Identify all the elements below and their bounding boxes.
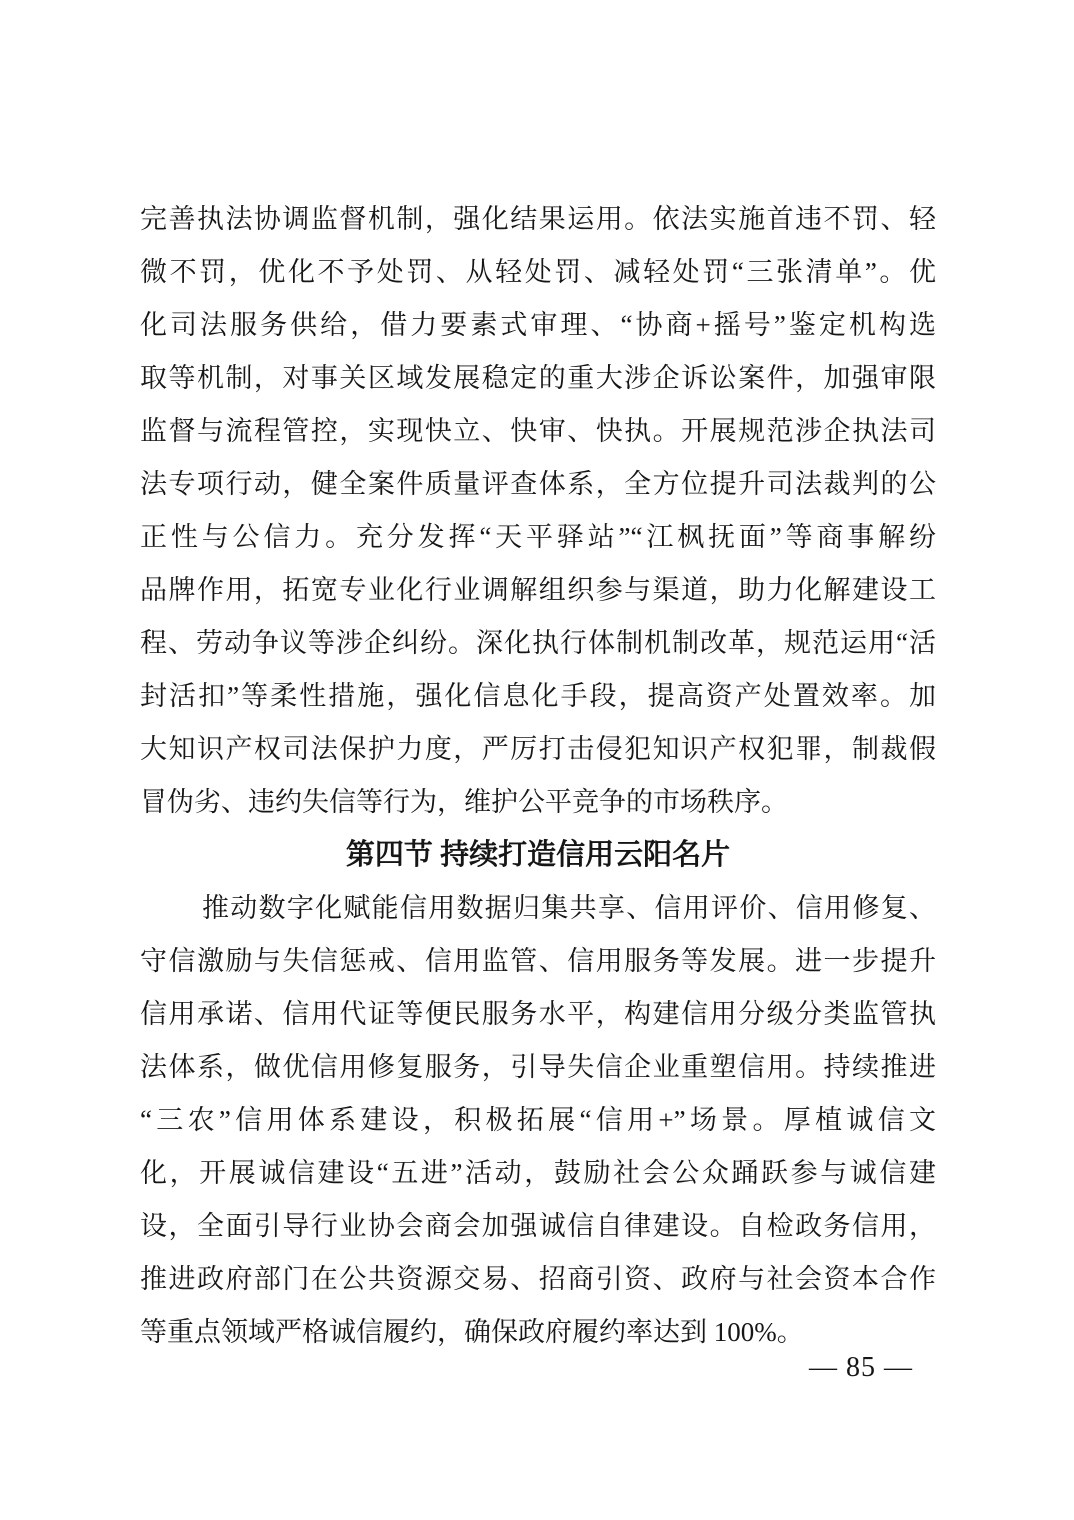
text-line: 化，开展诚信建设“五进”活动，鼓励社会公众踊跃参与诚信建: [140, 1147, 936, 1200]
text-line: 监督与流程管控，实现快立、快审、快执。开展规范涉企执法司: [140, 405, 936, 458]
text-line: 取等机制，对事关区域发展稳定的重大涉企诉讼案件，加强审限: [140, 352, 936, 405]
text-line: 守信激励与失信惩戒、信用监管、信用服务等发展。进一步提升: [140, 935, 936, 988]
text-line: 大知识产权司法保护力度，严厉打击侵犯知识产权犯罪，制裁假: [140, 723, 936, 776]
body-text: 完善执法协调监督机制，强化结果运用。依法实施首违不罚、轻 微不罚，优化不予处罚、…: [140, 193, 936, 1359]
text-line: 微不罚，优化不予处罚、从轻处罚、减轻处罚“三张清单”。优: [140, 246, 936, 299]
text-line: 设，全面引导行业协会商会加强诚信自律建设。自检政务信用，: [140, 1200, 936, 1253]
text-line: 推动数字化赋能信用数据归集共享、信用评价、信用修复、: [140, 882, 936, 935]
section-heading: 第四节 持续打造信用云阳名片: [140, 829, 936, 882]
text-line: 法专项行动，健全案件质量评查体系，全方位提升司法裁判的公: [140, 458, 936, 511]
text-line: 冒伪劣、违约失信等行为，维护公平竞争的市场秩序。: [140, 776, 936, 829]
text-line: 品牌作用，拓宽专业化行业调解组织参与渠道，助力化解建设工: [140, 564, 936, 617]
page-number: — 85 —: [809, 1352, 913, 1384]
text-line: 法体系，做优信用修复服务，引导失信企业重塑信用。持续推进: [140, 1041, 936, 1094]
text-line: 推进政府部门在公共资源交易、招商引资、政府与社会资本合作: [140, 1253, 936, 1306]
text-line: “三农”信用体系建设，积极拓展“信用+”场景。厚植诚信文: [140, 1094, 936, 1147]
text-line: 完善执法协调监督机制，强化结果运用。依法实施首违不罚、轻: [140, 193, 936, 246]
text-line: 信用承诺、信用代证等便民服务水平，构建信用分级分类监管执: [140, 988, 936, 1041]
document-page: 完善执法协调监督机制，强化结果运用。依法实施首违不罚、轻 微不罚，优化不予处罚、…: [0, 0, 1074, 1520]
text-line: 化司法服务供给，借力要素式审理、“协商+摇号”鉴定机构选: [140, 299, 936, 352]
text-line: 正性与公信力。充分发挥“天平驿站”“江枫抚面”等商事解纷: [140, 511, 936, 564]
text-line: 封活扣”等柔性措施，强化信息化手段，提高资产处置效率。加: [140, 670, 936, 723]
text-line: 程、劳动争议等涉企纠纷。深化执行体制机制改革，规范运用“活: [140, 617, 936, 670]
